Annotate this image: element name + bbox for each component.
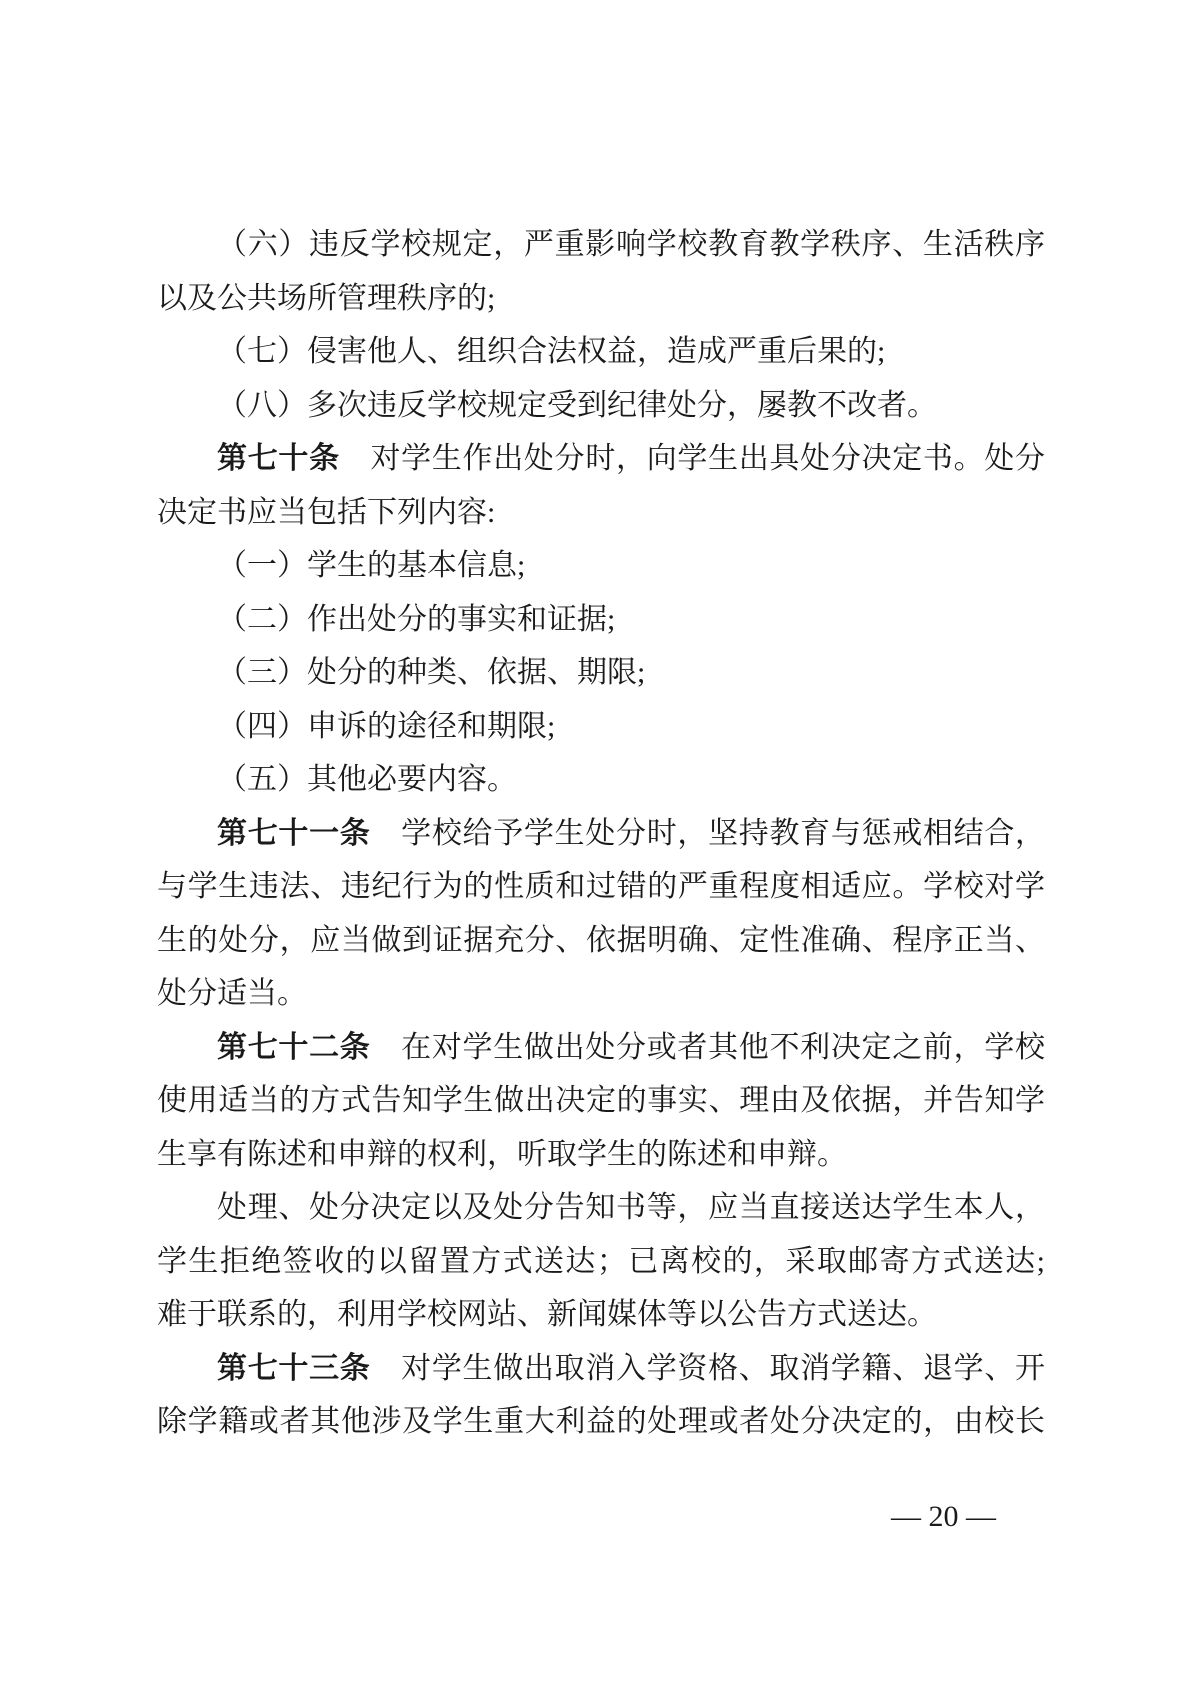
text-line: （三）处分的种类、依据、期限; [157, 646, 1045, 700]
text-line: （一）学生的基本信息; [157, 539, 1045, 593]
text-line: 以及公共场所管理秩序的; [157, 272, 1045, 326]
text-line: 处分适当。 [157, 967, 1045, 1021]
text-line: （七）侵害他人、组织合法权益，造成严重后果的; [157, 325, 1045, 379]
text-line: 第七十条 对学生作出处分时，向学生出具处分决定书。处分 [157, 432, 1045, 486]
text-line: 难于联系的，利用学校网站、新闻媒体等以公告方式送达。 [157, 1288, 1045, 1342]
text-line: 与学生违法、违纪行为的性质和过错的严重程度相适应。学校对学 [157, 860, 1045, 914]
text-line: （六）违反学校规定，严重影响学校教育教学秩序、生活秩序 [157, 218, 1045, 272]
document-body: （六）违反学校规定，严重影响学校教育教学秩序、生活秩序以及公共场所管理秩序的;（… [157, 218, 1045, 1449]
text-line: 学生拒绝签收的以留置方式送达；已离校的，采取邮寄方式送达; [157, 1235, 1045, 1289]
text-line: 除学籍或者其他涉及学生重大利益的处理或者处分决定的，由校长 [157, 1395, 1045, 1449]
article-number-heading: 第七十一条 [217, 817, 370, 850]
article-number-heading: 第七十条 [217, 442, 340, 475]
text-line: 使用适当的方式告知学生做出决定的事实、理由及依据，并告知学 [157, 1074, 1045, 1128]
text-line: 第七十一条 学校给予学生处分时，坚持教育与惩戒相结合， [157, 807, 1045, 861]
text-line: （八）多次违反学校规定受到纪律处分，屡教不改者。 [157, 379, 1045, 433]
article-number-heading: 第七十三条 [217, 1352, 370, 1385]
text-line: （二）作出处分的事实和证据; [157, 593, 1045, 647]
text-line: （五）其他必要内容。 [157, 753, 1045, 807]
text-line: 第七十三条 对学生做出取消入学资格、取消学籍、退学、开 [157, 1342, 1045, 1396]
text-line: （四）申诉的途径和期限; [157, 700, 1045, 754]
text-line: 生享有陈述和申辩的权利，听取学生的陈述和申辩。 [157, 1128, 1045, 1182]
text-line: 处理、处分决定以及处分告知书等，应当直接送达学生本人， [157, 1181, 1045, 1235]
text-line: 决定书应当包括下列内容: [157, 486, 1045, 540]
document-page: （六）违反学校规定，严重影响学校教育教学秩序、生活秩序以及公共场所管理秩序的;（… [0, 0, 1191, 1684]
text-line: 第七十二条 在对学生做出处分或者其他不利决定之前，学校 [157, 1021, 1045, 1075]
article-number-heading: 第七十二条 [217, 1031, 370, 1064]
page-number: — 20 — [891, 1499, 996, 1535]
text-line: 生的处分，应当做到证据充分、依据明确、定性准确、程序正当、 [157, 914, 1045, 968]
